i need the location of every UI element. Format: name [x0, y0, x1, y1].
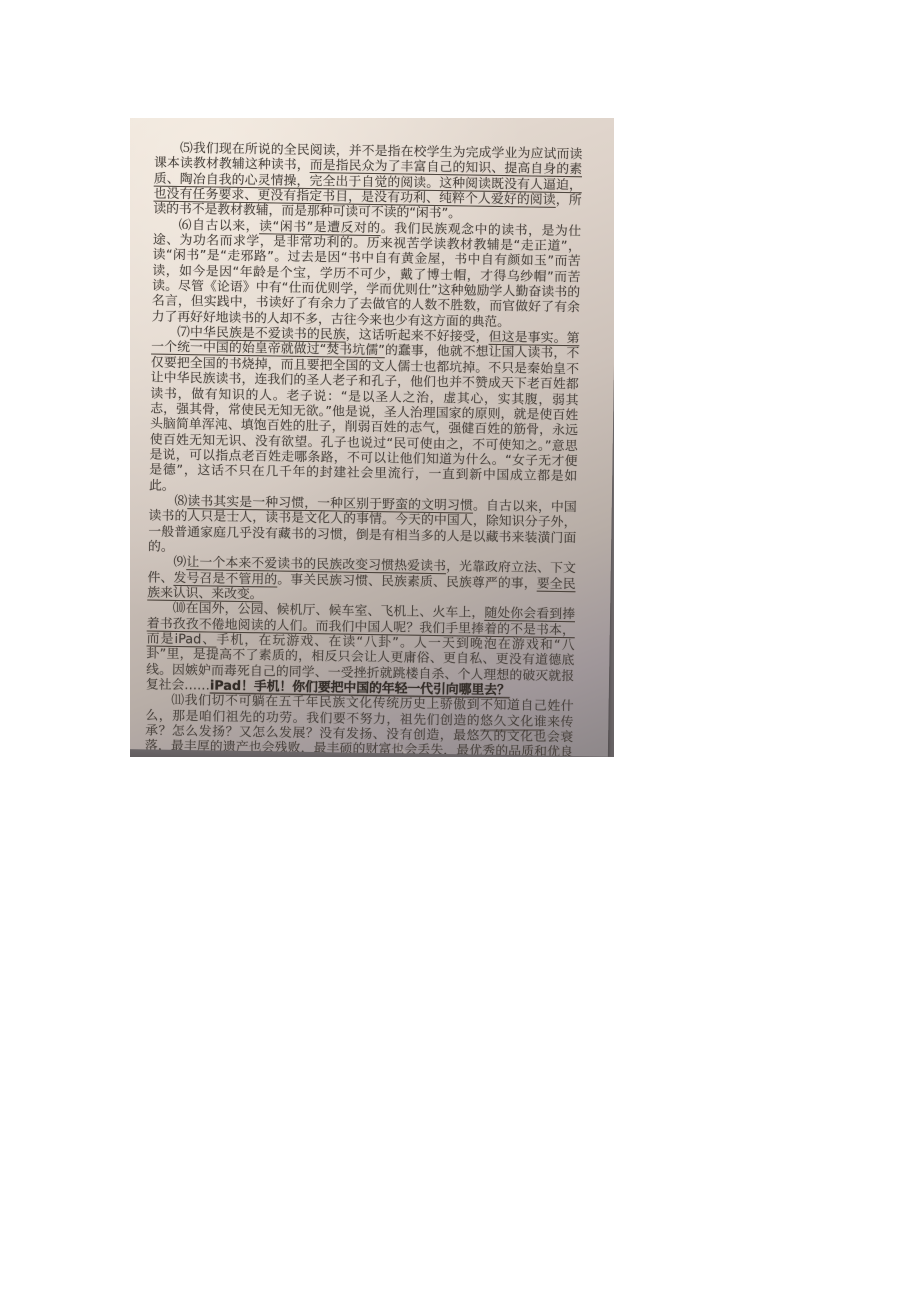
text-run: 。事关民族习惯、民族素质、民族尊严的事， [277, 572, 537, 591]
paragraph: ⑹自古以来，读“闲书”是遭反对的。我们民族观念中的读书，是为仕途、为功名而求学，… [152, 217, 582, 331]
paragraph: ⑺中华民族是不爱读书的民族，这话听起来不好接受，但这是事实。第一个统一中国的始皇… [149, 325, 580, 500]
paragraph: ⑸我们现在所说的全民阅读，并不是指在校学生为完成学业为应试而读课本读教材教辅这种… [153, 141, 582, 224]
document-photo: ⑸我们现在所说的全民阅读，并不是指在校学生为完成学业为应试而读课本读教材教辅这种… [130, 118, 614, 757]
text-run: 读“闲书”是遭反对的 [259, 219, 381, 236]
paragraph: ⑽在国外，公园、候机厅、候车室、飞机上、火车上，随处你会看到捧着书孜孜不倦地阅读… [146, 601, 575, 700]
paragraph-number: ⑽ [173, 601, 185, 616]
paragraph-number: ⑸ [180, 141, 192, 156]
page-background: ⑸我们现在所说的全民阅读，并不是指在校学生为完成学业为应试而读课本读教材教辅这种… [0, 0, 920, 1302]
paragraph: ⑼让一个本来不爱读书的民族改变习惯热爱读书，光靠政府立法、下文件、发号召是不管用… [147, 555, 576, 608]
paragraph: ⑾我们切不可躺在五千年民族文化传统历史上骄傲到不知道自己姓什么，那是咱们祖先的功… [145, 693, 574, 757]
pen-mark [480, 729, 544, 731]
paragraph-number: ⑹ [179, 218, 192, 233]
text-run: 发号召是不管用的 [173, 571, 277, 588]
paragraph: ⑻读书其实是一种习惯，一种区别于野蛮的文明习惯。自古以来，中国读书的人只是士人，… [148, 493, 577, 561]
paragraph-number: ⑾ [171, 693, 184, 708]
document-text: ⑸我们现在所说的全民阅读，并不是指在校学生为完成学业为应试而读课本读教材教辅这种… [145, 141, 583, 757]
paper-page: ⑸我们现在所说的全民阅读，并不是指在校学生为完成学业为应试而读课本读教材教辅这种… [130, 118, 614, 757]
photo-inner: ⑸我们现在所说的全民阅读，并不是指在校学生为完成学业为应试而读课本读教材教辅这种… [130, 118, 614, 757]
paragraph-number: ⑻ [174, 494, 186, 509]
text-run: 。我们民族观念中的读书，是为仕途、为功名而求学，是非常功利的。历来视苦学读教材教… [152, 221, 582, 330]
text-run: 的蠢事，他就不想让国人读书，不仅要把全国的书烧掉，而且要把全国的文人儒士也都坑掉… [149, 344, 579, 494]
paragraph-number: ⑼ [173, 555, 185, 570]
text-run: 自古以来， [192, 218, 259, 234]
paragraph-number: ⑺ [177, 325, 189, 340]
